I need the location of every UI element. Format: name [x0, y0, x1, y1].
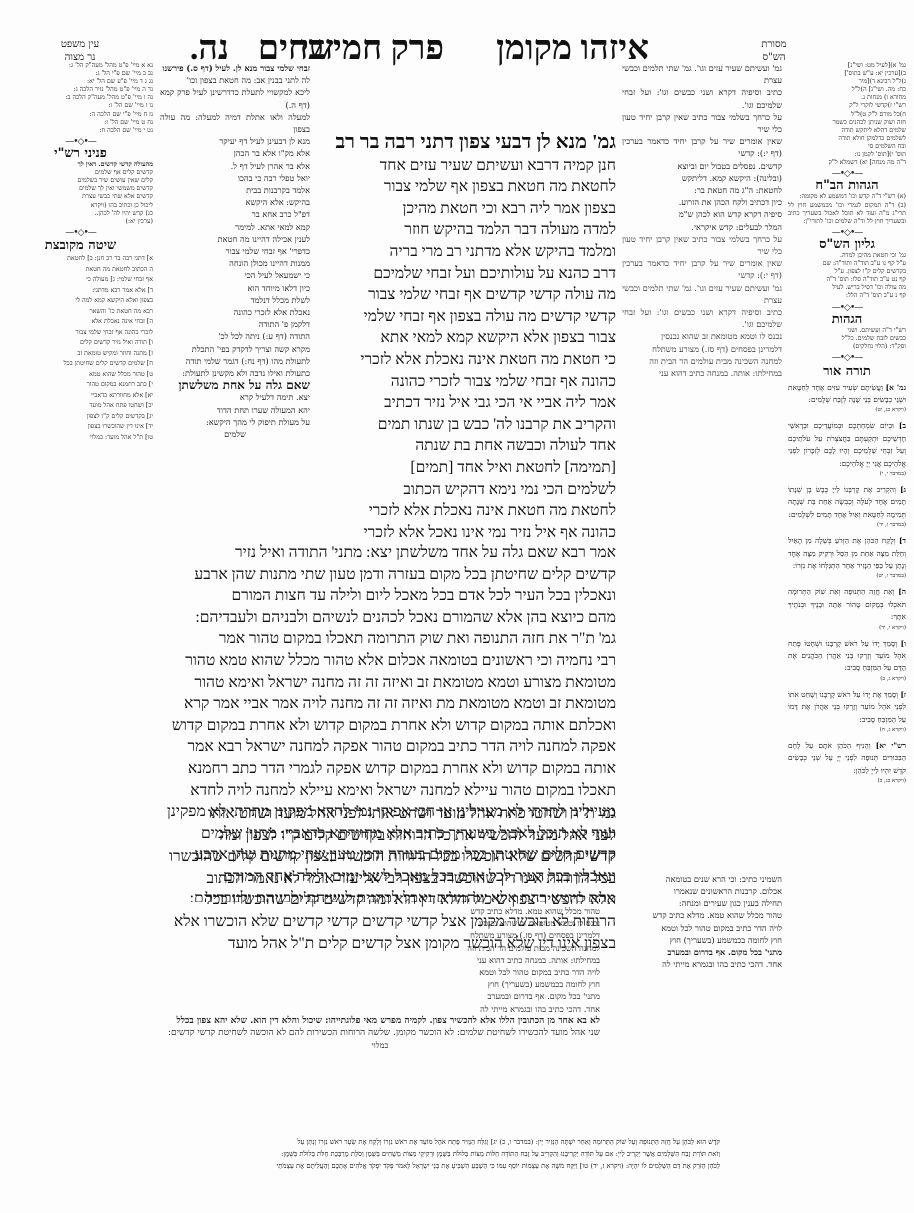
hagahot-line: רש"י ד"ה ועשיתם. ושני: [788, 327, 906, 335]
gilyon-line: ע"ל קף נו ע"ב תוד"ה ותוד"ה: שם: [788, 260, 906, 268]
gemara-line: אמר ליה אביי אי הכי גבי איל נזיר דכתיב: [301, 392, 616, 414]
shita-line: יג] בקדשים קלים ק"ו לצפון: [8, 412, 153, 423]
torah-or-ref: (ויקרא כג, יט): [788, 406, 906, 414]
shita-line: אף זבחי שלמי: ג] מעולה כי: [8, 275, 153, 286]
rashi-line: אלא בר אהרן לעיל דף ל.: [160, 160, 310, 172]
rashi-line: זבחי שלמי צבור מנא לן. לעיל (דף ס.) פירש…: [160, 62, 310, 74]
tosafot-line: לחטאת: ה"ג מה חטאת בר:: [622, 184, 782, 196]
torah-or-title: תורה אור: [788, 366, 906, 378]
ein-mishpat-label: עין משפט נר מצוה: [45, 38, 115, 64]
hagahot-section: הגהות רש"י ד"ה ועשיתם. ושני כבשים לזבח ש…: [788, 316, 906, 351]
masoret-line: תוס' י)[תוס' לקמן נו:: [788, 151, 906, 159]
shita-line: יד] אינו דין שהוכשרו בצפון: [8, 422, 153, 433]
masoret-line: גמ' א)[לעיל מט: ושי"נ]: [788, 62, 906, 70]
penei-rashi-line: מהעולה קדשי קדשים. דאין לך: [8, 161, 153, 169]
tosafot-line: אחד. דהכי כתיב בהו ובגמרא מייתי לה: [622, 958, 782, 970]
gemara-line: קדשי קדשים שלא הוכשרו בכל הרוחות הוכשרו …: [146, 846, 616, 868]
torah-or-verse: וְלָקַח הַכֹּהֵן אֶת הַזְּרֹעַ בְּשֵׁלָה…: [788, 536, 906, 570]
torah-or-entry-label: ד]: [899, 536, 906, 545]
ein-mishpat-section: נא א מיי' פ"ט מהל' מעה"ק הל' ג: נב ב מיי…: [8, 62, 153, 135]
ein-mishpat-line: נא א מיי' פ"ט מהל' מעה"ק הל' ג:: [8, 62, 153, 70]
penei-rashi-section: פניני רש"י מהעולה קדשי קדשים. דאין לך קד…: [8, 150, 153, 226]
gemara-line: גמ' ת"ר ושחטו פתח אהל מועד ושחט אותו לפנ…: [146, 803, 616, 825]
tosafot-line: חוץ לחומה בכמשמע (בשעריך) חוץ: [622, 934, 782, 946]
gemara-text-upper: גמ' מנא לן דבעי צפון דתני רבה בר רב חנן …: [301, 132, 616, 547]
tosafot-line: (ובלינה): היקשא קמא. דליתקש: [622, 172, 782, 184]
footer-verse-line: לַכֹּהֵן הַזֹּרֵק אֶת דַּם הַשְּׁלָמִים …: [160, 1160, 720, 1172]
gemara-line: רבי נחמיה וכי ראשונים בטומאה אכלום אלא ט…: [146, 650, 616, 672]
penei-rashi-title: פניני רש"י: [8, 150, 153, 158]
torah-or-verse: וְסָמַךְ יָדוֹ עַל רֹאשׁ קָרְבָּנוֹ וּשְ…: [788, 639, 906, 673]
gemara-line: לפני אהל מועד להכשיר את כל הרוחות בקדשים…: [146, 825, 616, 847]
gemara-line: כי חטאת מה חטאת אינה נאכלת אלא לזכרי: [301, 349, 616, 371]
tosafot-line: כתיב וסיפיה דקרא ושני כבשים וגו': ועל זב…: [622, 86, 782, 110]
tosafot-line: שאין אומרים שיר על קרבן יחיד כדאמר בערכי…: [622, 257, 782, 281]
penei-rashi-line: קדשים קלים אף שלמים: [8, 169, 153, 177]
gemara-line: תאכלו במקום טהור עיילא למחנה ישראל ואימא…: [146, 780, 616, 802]
rashi-line: לענין אכילה דהיינו מה חטאת: [160, 233, 310, 245]
tosafot-body: על כרחך בשלמי צבור כתיב שאין קרבן יחיד ט…: [622, 233, 782, 873]
torah-or-entry: ד] וְלָקַח הַכֹּהֵן אֶת הַזְּרֹעַ בְּשֵׁ…: [788, 535, 906, 580]
gemara-line: בצפון אמר ליה רבא וכי חטאת מהיכן: [301, 198, 616, 220]
gemara-line: ומלמד בהיקש אלא מדתני רב מרי בריה: [301, 241, 616, 263]
hagahot-line: כבשים לזבח שלמים. כל"ל: [788, 335, 906, 343]
tosafot-line: על כרחך בשלמי צבור כתיב שאין קרבן יחיד ט…: [622, 111, 782, 135]
masoret-line: לשלמים כדלמקן חולא תודה: [788, 135, 906, 143]
commentary-line: אחד. דהכי כתיב בהו ובגמרא מייתי לה: [160, 1003, 600, 1015]
commentary-line: מתני' בכל מקום. אף בדרום ובמערב: [160, 990, 600, 1002]
rashi-line: דלקמן פ' התודה: [160, 318, 310, 330]
masoret-label-line-1: מסורת: [749, 38, 799, 51]
rashi-column: זבחי שלמי צבור מנא לן. לעיל (דף ס.) פירש…: [160, 62, 310, 542]
tosafot-line: לויה הדר כתיב במקום טהור לכל וטמא: [622, 922, 782, 934]
gemara-line: אפקה למחנה לויה הדר כתיב במקום טהור אפקה…: [146, 736, 616, 758]
gemara-line: למדה מעולה דבר הלמד בהיקש חוזר: [301, 219, 616, 241]
ein-mishpat-line: נט י מיי' שם הלכה ח:: [8, 127, 153, 135]
gemara-line: חנן קמיה דרבא ועשיתם שעיר עזים אחד: [301, 155, 616, 177]
tosafot-line: קדשים. נפסלים בטבול יום וביוצא: [622, 160, 782, 172]
commentary-line: דלמרינן בפסחים (דף סז.) מצורע משתלח: [160, 929, 600, 941]
rashi-line: כי ישמעאל לעיל הכי: [160, 269, 310, 281]
rashi-line: נאכלת אלא לזכרי כהונה: [160, 306, 310, 318]
gemara-line: לחטאת מה חטאת אינה נאכלת אלא לזכרי: [301, 500, 616, 522]
rashi-line: בהיקש: אלא היקשא: [160, 196, 310, 208]
commentary-line: חוץ לחומה בכמשמע (בשעריך) חוץ: [160, 978, 600, 990]
gemara-line: דרב כהנא על עולותיכם ועל זבחי שלמיכם: [301, 263, 616, 285]
rashi-line: כדפרי' אף זבחי שלמי צבור: [160, 245, 310, 257]
catchword: כמלוי: [160, 1039, 600, 1051]
shita-line: בצפון ואלא היקשא קמא למה לי: [8, 296, 153, 307]
tosafot-line: כתיב וסיפיה דקרא ושני כבשים וגו': ועל זב…: [622, 306, 782, 330]
ein-mishpat-label-line-1: עין משפט: [45, 38, 115, 51]
torah-or-ref: (במדבר י, י): [788, 470, 906, 478]
left-margin-column: נא א מיי' פ"ט מהל' מעה"ק הל' ג: נב ב מיי…: [8, 62, 153, 1182]
gemara-line: בכל הרוחות אינו דין שהוכשרו בצפון רבי אל…: [146, 868, 616, 890]
rashi-line: יהא המעולה שערו תחת הדוד: [160, 404, 310, 416]
ornament-divider: —•◇•—: [788, 170, 906, 178]
tosafot-line: למחנה השכינה מבית עולמים הר הבית וזה: [622, 355, 782, 367]
torah-or-ref: (במדבר ו, יט): [788, 572, 906, 580]
gilyon-line: גמ' וכי חטאת מהיכן למדה.: [788, 252, 906, 260]
shita-line: טו] ת"ל אהל מועד: כמלוי: [8, 433, 153, 444]
shita-line: רבא מה חטאת כו' והשאר: [8, 307, 153, 318]
commentary-line: למחנה השכינה מבית עולמים הר הבית וזה: [160, 942, 600, 954]
torah-or-ref: (ויקרא ג, ח): [788, 726, 906, 734]
gemara-line: אמר רבא שאם גלה על אחד משלשתן יצא: מתני'…: [146, 542, 616, 564]
tosafot-line: סיפיה דקרא קדש הוא לכהן ש"מ: [622, 208, 782, 220]
rashi-closing-line: לא בא אחד מן הכתובין הללו אלא להכשיר צפו…: [160, 1015, 600, 1027]
torah-or-entry: רש"י יא] וְהֵנִיף הַכֹּהֵן אֹתָם עַל לֶח…: [788, 740, 906, 785]
ornament-divider: —•◇•—: [8, 229, 153, 237]
rashi-line: לתעולת מהו (דף נח:) דגמר שלמי תודה: [160, 355, 310, 367]
rashi-line: אלא מק"ו אלא בר הכהן: [160, 147, 310, 159]
gemara-line: אותה במקום קדוש ולא אחרת במקום קדוש אפקה…: [146, 758, 616, 780]
ein-mishpat-line: נב ב מיי' שם פ"י הל' ג:: [8, 70, 153, 78]
torah-or-ref: (ויקרא כג, כ): [788, 777, 906, 785]
masoret-line: כח: מה. ושי"נ] ה)ל"ל: [788, 86, 906, 94]
torah-or-entry: ז] וְסָמַךְ אֶת יָדוֹ עַל רֹאשׁ קָרְבָּנ…: [788, 689, 906, 734]
shita-line: ט] טהור מכלל שהוא טמא: [8, 370, 153, 381]
rashi-line: מקרא קשה וצריך לדקדק בפי' התכלת: [160, 343, 310, 355]
gemara-line: לחטאת מה חטאת בצפון אף שלמי צבור: [301, 176, 616, 198]
ornament-divider: —•◇•—: [788, 354, 906, 362]
torah-or-footer: קֹדֶשׁ הוּא לַכֹּהֵן עַל חֲזֵה הַתְּנוּפ…: [160, 1136, 720, 1172]
rashi-line: קמא למאי אתא. למימר: [160, 221, 310, 233]
tosafot-column: גמ' ועשיתם שעיר עזים וגו'. גמ' שתי תלמים…: [622, 62, 782, 1072]
shita-line: א] דתני רבה בר רב חנן: ב] לחטאת: [8, 254, 153, 265]
tosafot-line: גמ' ועשיתם שעיר עזים וגו'. גמ' שתי תלמים…: [622, 282, 782, 306]
torah-or-verse: וּבְיוֹם שִׂמְחַתְכֶם וּבְמוֹעֲדֵיכֶם וּ…: [788, 421, 906, 467]
commentary-line: לויה הדר כתיב במקום טהור לכל וטמא: [160, 966, 600, 978]
gemara-line: ונאכלין בכל העיר לכל אדם בכל מאכל ליום ו…: [146, 585, 616, 607]
shita-line: ז] מתנה וחוזר ומקיש טומאת זב: [8, 349, 153, 360]
rashi-catchword: שלמים: [160, 428, 310, 440]
shita-line: ד] אלא אמר רבא מדתני:: [8, 286, 153, 297]
torah-or-entry-label: רש"י יא]: [876, 741, 906, 750]
masoret-line: ח)כל מורם ל"ק ט)ל"ל: [788, 111, 906, 119]
gemara-line: [תמימה] לחטאת ואיל אחד [תמים]: [301, 457, 616, 479]
rashi-line: ליכא למקשויי לתעלת כדדרשינן לעיל פרק קמא…: [160, 86, 310, 110]
gemara-line: כהונה אף זבחי שלמי צבור לזכרי כהונה: [301, 371, 616, 393]
tosafot-line: גמ' ועשיתם שעיר עזים וגו'. גמ' שתי תלמים…: [622, 62, 782, 86]
commentary-line: נכנס לו וטמא מטומאת זב שהוא נכנסין: [160, 917, 600, 929]
hagahot-habach-line: (א) רש"י ד"ה קדש וכו' דמשמע לא מקומה:: [788, 193, 906, 201]
torah-or-entry-label: גמ' א]: [886, 383, 906, 392]
tosafot-line: אכלום. קרבנות הראשונים שנאמרו: [622, 885, 782, 897]
rashi-line: דפ"ל כרב אחא בר: [160, 208, 310, 220]
ein-mishpat-line: נו ז מיי' שם הל' ו:: [8, 102, 153, 110]
shita-line: ה הכתוב לחטאת מה חטאת: [8, 265, 153, 276]
masoret-line: חזה ושוק שניתן לכהנים כשמר: [788, 119, 906, 127]
shita-line: ח] שלמים קדשים קלים שחיטתן בכל: [8, 359, 153, 370]
rashi-line: ממנות דהיינו מכולן הונחה: [160, 257, 310, 269]
gemara-line: כהונה אף איל נזיר נמי אינו נאכל אלא לזכר…: [301, 522, 616, 544]
penei-rashi-line: (ערכין יא:): [8, 218, 153, 226]
footer-verse-line: קֹדֶשׁ הוּא לַכֹּהֵן עַל חֲזֵה הַתְּנוּפ…: [160, 1136, 720, 1148]
gemara-line: צבור בצפון אלא היקשא קמא למאי אתא: [301, 327, 616, 349]
tosafot-line: על כרחך בשלמי צבור כתיב שאין קרבן יחיד ט…: [622, 233, 782, 257]
masoret-line: ובח השלמים סי: [788, 143, 906, 151]
gemara-line: והקריב את קרבנו לה' כבש בן שנתו תמים: [301, 414, 616, 436]
gemara-line: קדשים קלים שחיטתן בכל מקום בעזרה ודמן טע…: [146, 564, 616, 586]
torah-or-verse: וְהִקְרִיב אֶת קָרְבָּנוֹ לַייָ כֶּבֶשׂ …: [788, 485, 906, 519]
masoret-line: רש"י ז)קדשי לוקרי ל"ק: [788, 102, 906, 110]
rashi-line: לשלת מכלל דנלמד: [160, 294, 310, 306]
torah-or-verse: וְאֵת חֲזֵה הַתְּנוּפָה וְאֵת שׁוֹק הַתְ…: [788, 587, 906, 621]
tosafot-line: המלר לבעלים: קדש איקראי.: [622, 221, 782, 233]
footer-verse-line: וְזֹאת תּוֹרַת זֶבַח הַשְּׁלָמִים אֲשֶׁר…: [160, 1148, 720, 1160]
shita-line: י] כתב רחמנא במקום טהור: [8, 380, 153, 391]
gemara-line: קדשי קדשים מה עולה בצפון אף זבחי שלמי: [301, 306, 616, 328]
ornament-divider: —•◇•—: [788, 304, 906, 312]
hagahot-habach-section: הגהות הב"ח (א) רש"י ד"ה קדש וכו' דמשמע ל…: [788, 182, 906, 225]
gemara-line: גמ' ת"ר את חזה התנופה ואת שוק התרומה תאכ…: [146, 628, 616, 650]
rashi-line: יצא. תימה דלעיל קרא: [160, 391, 310, 403]
tosafot-line: נכנס לו וטמא מטומאת זב שהוא נכנסין: [622, 330, 782, 342]
commentary-line: במחילתו: אותה. במנחה כתיב דהוא עני: [160, 954, 600, 966]
torah-or-entry: ב] וּבְיוֹם שִׂמְחַתְכֶם וּבְמוֹעֲדֵיכֶם…: [788, 420, 906, 478]
gemara-line: גמ' מנא לן דבעי צפון דתני רבה בר רב: [301, 132, 616, 155]
torah-or-entry: ה] וְאֵת חֲזֵה הַתְּנוּפָה וְאֵת שׁוֹק ה…: [788, 586, 906, 631]
rashi-line: מנא לן דבעינן לעיל דף יעיקר: [160, 135, 310, 147]
gilyon-hashas-section: גליון הש"ס גמ' וכי חטאת מהיכן למדה. ע"ל …: [788, 241, 906, 301]
rashi-line: כיון דלאו מיוחד הוא: [160, 282, 310, 294]
torah-or-ref: (במדבר ו, יד): [788, 521, 906, 529]
torah-or-entry: ג] וְהִקְרִיב אֶת קָרְבָּנוֹ לַייָ כֶּבֶ…: [788, 484, 906, 529]
gemara-line: ואכלתם אותה במקום קדוש ולא אחרת במקום קד…: [146, 715, 616, 737]
rashi-line: יואל טפלי רבה כי בהכו: [160, 172, 310, 184]
gemara-line: מהם כיוצא בהן אלא שהמורם נאכל לכהנים לנש…: [146, 607, 616, 629]
shita-line: לזכרי כהונה אף זבחי שלמי צבור: [8, 328, 153, 339]
lower-commentary-band: טהור מכלל שהוא טמא. מדלא כתיב קדש נכנס ל…: [160, 905, 600, 1075]
rashi-closing-line: שני אהל מועד להכשירו לשחיטת שלמים: לא הו…: [160, 1027, 600, 1039]
hagahot-line: וסק"ד: (הלוי נחלקים): [788, 343, 906, 351]
shita-line: ה] זבחי אינה נאכלת אלא: [8, 317, 153, 328]
tosafot-line: שאין אומרים שיר על קרבן יחיד כדאמר בערכי…: [622, 135, 782, 159]
commentary-line: טהור מכלל שהוא טמא. מדלא כתיב קדש: [160, 905, 600, 917]
masoret-hashas-label: מסורת הש"ס: [749, 38, 799, 64]
rashi-line: על מעולת תיפוק לי מהך היקשא:: [160, 416, 310, 428]
torah-or-entry: ו] וְסָמַךְ יָדוֹ עַל רֹאשׁ קָרְבָּנוֹ ו…: [788, 638, 906, 683]
hagahot-title: הגהות: [788, 316, 906, 324]
gilyon-line: קף נ ע"ב תוס' ד"ה הלל:: [788, 292, 906, 300]
hagahot-habach-line: (ב) ד"ה תמקום לגמרי וכו' מכמשמע חוץ לל ת…: [788, 202, 906, 226]
masoret-line: ד"ה מה מנחה] יא) דשמלא ל"ק: [788, 159, 906, 167]
torah-or-entry-label: ב]: [899, 421, 906, 430]
shita-mekubetzet-title: שיטה מקובצת: [8, 241, 153, 252]
tosafot-line: תחילה בענין כגון שעירים ומנחה:: [622, 897, 782, 909]
torah-or-entry: גמ' א] וַעֲשִׂיתֶם שְׂעִיר עִזִּים אֶחָד…: [788, 382, 906, 415]
masoret-line: ב)[ערכין יא: ע"ש בתוס']: [788, 70, 906, 78]
shita-line: ו] תודה ואיל נזיר קדשים קלים: [8, 338, 153, 349]
ornament-divider: —•◇•—: [8, 138, 153, 146]
gemara-line: מטומאת זב וטמא מטומאת מת ואיזה זה זה מחנ…: [146, 693, 616, 715]
gilyon-hashas-title: גליון הש"ס: [788, 241, 906, 249]
rashi-line: התודה (דף ע:) ניתה לכל לכ': [160, 330, 310, 342]
rashi-line: לה לתני בבנין אב: מה חטאת בצפון וכו': [160, 74, 310, 86]
penei-rashi-line: ליכול כן וכתיב בהו (ויקרא: [8, 202, 153, 210]
gemara-line: אחד לעולה וכבשה אחת בת שנתה: [301, 435, 616, 457]
tosafot-line: כיון דכתיב ולקח הכהן את הזרוע.: [622, 196, 782, 208]
page-header: מסורת הש"ס איזהו מקומן פרק חמישי זבחים נ…: [0, 0, 914, 62]
gemara-opening-words: גמ' מנא לן דבעי צפון דתני רבה בר רב: [335, 132, 616, 153]
tosafot-line: השמיני כתיב: וכי הרא שנים בטומאה: [622, 873, 782, 885]
torah-or-verse: וְסָמַךְ אֶת יָדוֹ עַל רֹאשׁ קָרְבָּנוֹ …: [788, 690, 906, 724]
tosafot-line: במחילתו: אותה. במנחה כתיב דהוא עני: [622, 367, 782, 379]
rashi-dibur-hamatchil: שאם גלה על אחת משלשתן: [160, 379, 310, 391]
torah-or-ref: (ויקרא ג, ב): [788, 675, 906, 683]
torah-or-entry-label: ה]: [898, 587, 906, 596]
penei-rashi-line: קדשים אלא שתי כבשי עצרת: [8, 193, 153, 201]
torah-or-entry-label: ז]: [900, 690, 906, 699]
shita-line: יא] אלא מחוורתא כדאביי: [8, 391, 153, 402]
penei-rashi-line: כג) קדש יהיו לה' לכהן..: [8, 210, 153, 218]
right-margin-column: גמ' א)[לעיל מט: ושי"נ] ב)[ערכין יא: ע"ש …: [788, 62, 906, 1072]
torah-or-entry-label: ו]: [901, 639, 906, 648]
gemara-line: מה עולה קדשי קדשים אף זבחי שלמי צבור: [301, 284, 616, 306]
ein-mishpat-line: נח ט מיי' שם הל' ז:: [8, 119, 153, 127]
masoret-line: שלמים דהלא ליתקש תודה: [788, 127, 906, 135]
torah-or-ref: (ויקרא י, יד): [788, 624, 906, 632]
hagahot-habach-title: הגהות הב"ח: [788, 182, 906, 190]
masoret-hashas-section: גמ' א)[לעיל מט: ושי"נ] ב)[ערכין יא: ע"ש …: [788, 62, 906, 167]
rashi-line: אלמד בקרבנות בבית: [160, 184, 310, 196]
tosafot-line: טהור מכלל שהוא טמא. מדלא כתיב קדש: [622, 909, 782, 921]
shita-line: יב] ושחטו פתח אהל מועד: [8, 401, 153, 412]
ein-mishpat-line: נז ח מיי' פ"י שם הלכה ה:: [8, 111, 153, 119]
torah-or-section: תורה אור גמ' א] וַעֲשִׂיתֶם שְׂעִיר עִזִ…: [788, 366, 906, 785]
ornament-divider: —•◇•—: [788, 229, 906, 237]
rashi-line: למעלה ולאו אתלת דמיה למעלה: מה עולה בצפו…: [160, 111, 310, 135]
gemara-line: לשלמים הכי נמי נימא דהקיש הכתוב: [301, 479, 616, 501]
tosafot-line: דלמרינן בפסחים (דף סז.) מצורע משתלח: [622, 343, 782, 355]
shita-mekubetzet-section: שיטה מקובצת א] דתני רבה בר רב חנן: ב] לח…: [8, 241, 153, 444]
torah-or-entry-label: ג]: [900, 485, 906, 494]
gemara-line: מטומאת מצורע וטמא מטומאת זב ואיזה זה זה …: [146, 672, 616, 694]
tosafot-line: מתני' בכל מקום. אף בדרום ובמערב: [622, 946, 782, 958]
